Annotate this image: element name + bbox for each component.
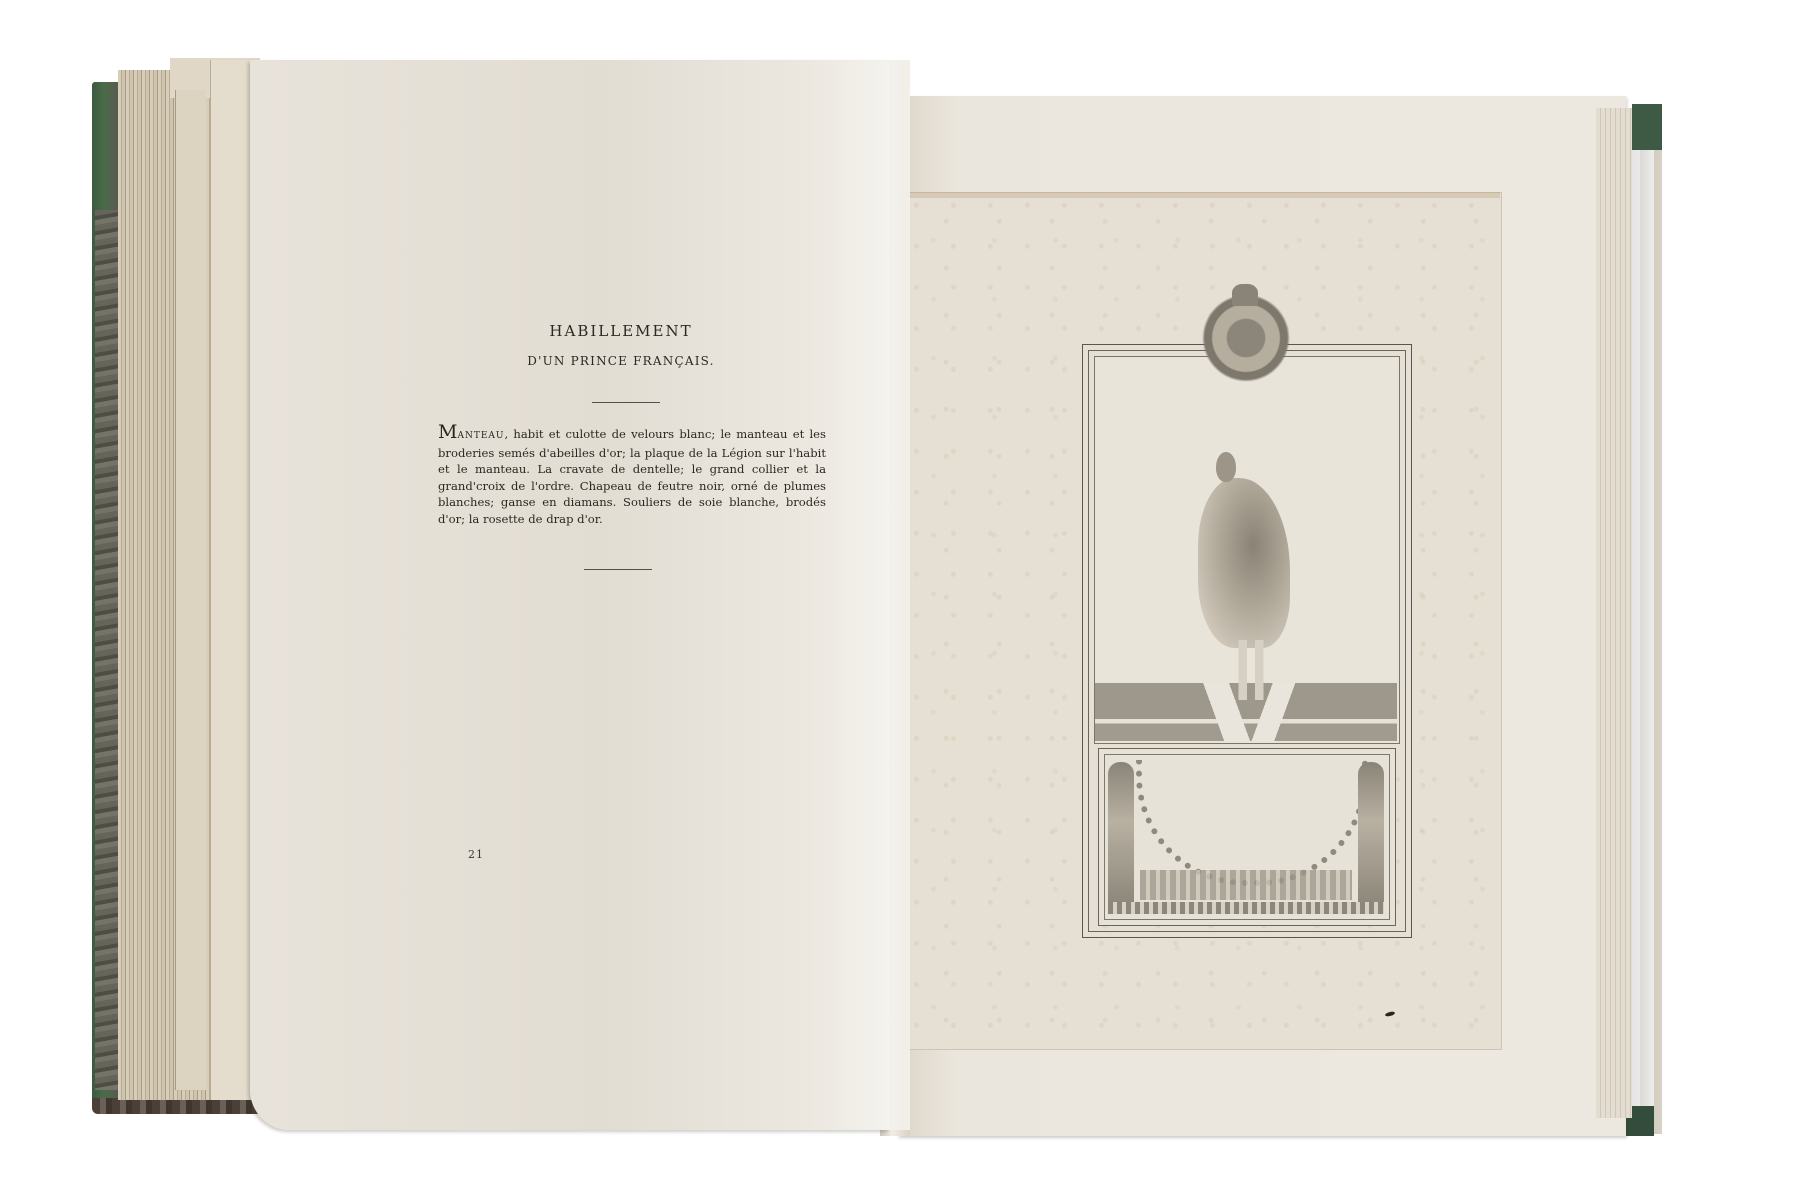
left-page-curve (830, 60, 910, 1130)
left-page (250, 60, 890, 1130)
divider-rule-bottom (584, 569, 652, 570)
caryatid-left (1108, 762, 1134, 910)
underlying-sheet (175, 90, 206, 1090)
page-subtitle: D'UN PRINCE FRANÇAIS. (250, 354, 992, 368)
marbled-board-left (95, 210, 119, 1090)
page-title: HABILLEMENT (250, 322, 992, 340)
cover-corner-top-right (1632, 104, 1662, 150)
right-page-stack (1596, 108, 1632, 1118)
plate-tideline (908, 192, 1500, 198)
paragraph-text: , habit et culotte de velours blanc; le … (438, 427, 826, 526)
prince-figure-head (1216, 452, 1236, 482)
trophy-ornaments (1140, 870, 1352, 900)
caryatid-right (1358, 762, 1384, 910)
panel-frieze (1108, 902, 1384, 914)
crown-icon (1232, 284, 1258, 306)
description-paragraph: Manteau, habit et culotte de velours bla… (438, 424, 826, 527)
protective-film (1630, 150, 1654, 1110)
prince-figure-legs (1230, 640, 1272, 700)
smallcaps-word: anteau (457, 431, 504, 441)
page-number: 21 (468, 848, 484, 861)
divider-rule-top (592, 402, 660, 403)
drop-cap: M (438, 421, 457, 443)
